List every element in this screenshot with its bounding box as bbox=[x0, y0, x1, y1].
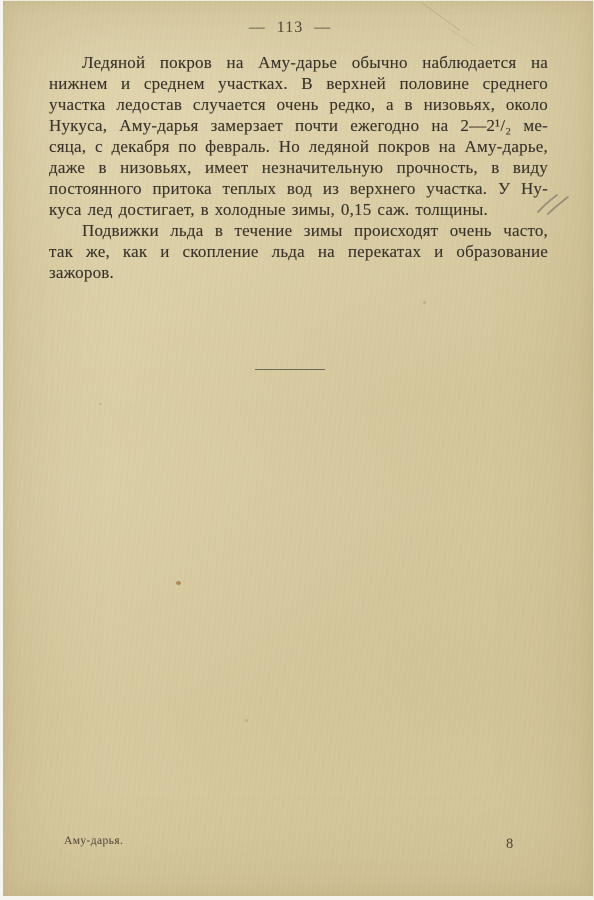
paragraph: Ледяной покров на Аму-дарье обычно наблю… bbox=[49, 52, 548, 220]
text-line: нижнем и среднем участках. В верхней пол… bbox=[49, 73, 548, 94]
text-line: даже в низовьях, имеет незначительную пр… bbox=[49, 157, 548, 178]
text-line: сяца, с декабря по февраль. Но ледяной п… bbox=[49, 136, 548, 157]
text-line: куса лед достигает, в холодные зимы, 0,1… bbox=[49, 199, 548, 220]
section-divider bbox=[255, 369, 325, 370]
body-text: Ледяной покров на Аму-дарье обычно наблю… bbox=[49, 52, 548, 283]
text-line: Ледяной покров на Аму-дарье обычно наблю… bbox=[49, 52, 548, 73]
pencil-annotation-icon bbox=[535, 189, 573, 217]
text-line: постоянного притока теплых вод из верхне… bbox=[49, 178, 548, 199]
text-line: Нукуса, Аму-дарья замерзает почти ежегод… bbox=[49, 115, 548, 136]
paragraph: Подвижки льда в течение зимы происходят … bbox=[49, 220, 548, 283]
page-number: — 113 — bbox=[3, 19, 577, 37]
paper-stain bbox=[176, 581, 181, 585]
sheet-number: 8 bbox=[506, 836, 513, 853]
scanned-book-page: — 113 — Ледяной покров на Аму-дарье обыч… bbox=[0, 0, 594, 900]
paper-stain bbox=[99, 403, 102, 405]
paper-stain bbox=[245, 719, 248, 722]
text-line: так же, как и скопление льда на переката… bbox=[49, 241, 548, 262]
text-line: участка ледостав случается очень редко, … bbox=[49, 94, 548, 115]
paper-stain bbox=[423, 301, 426, 304]
text-line: зажоров. bbox=[49, 262, 548, 283]
text-line: Подвижки льда в течение зимы происходят … bbox=[49, 220, 548, 241]
footer-signature: Аму-дарья. bbox=[64, 835, 123, 847]
